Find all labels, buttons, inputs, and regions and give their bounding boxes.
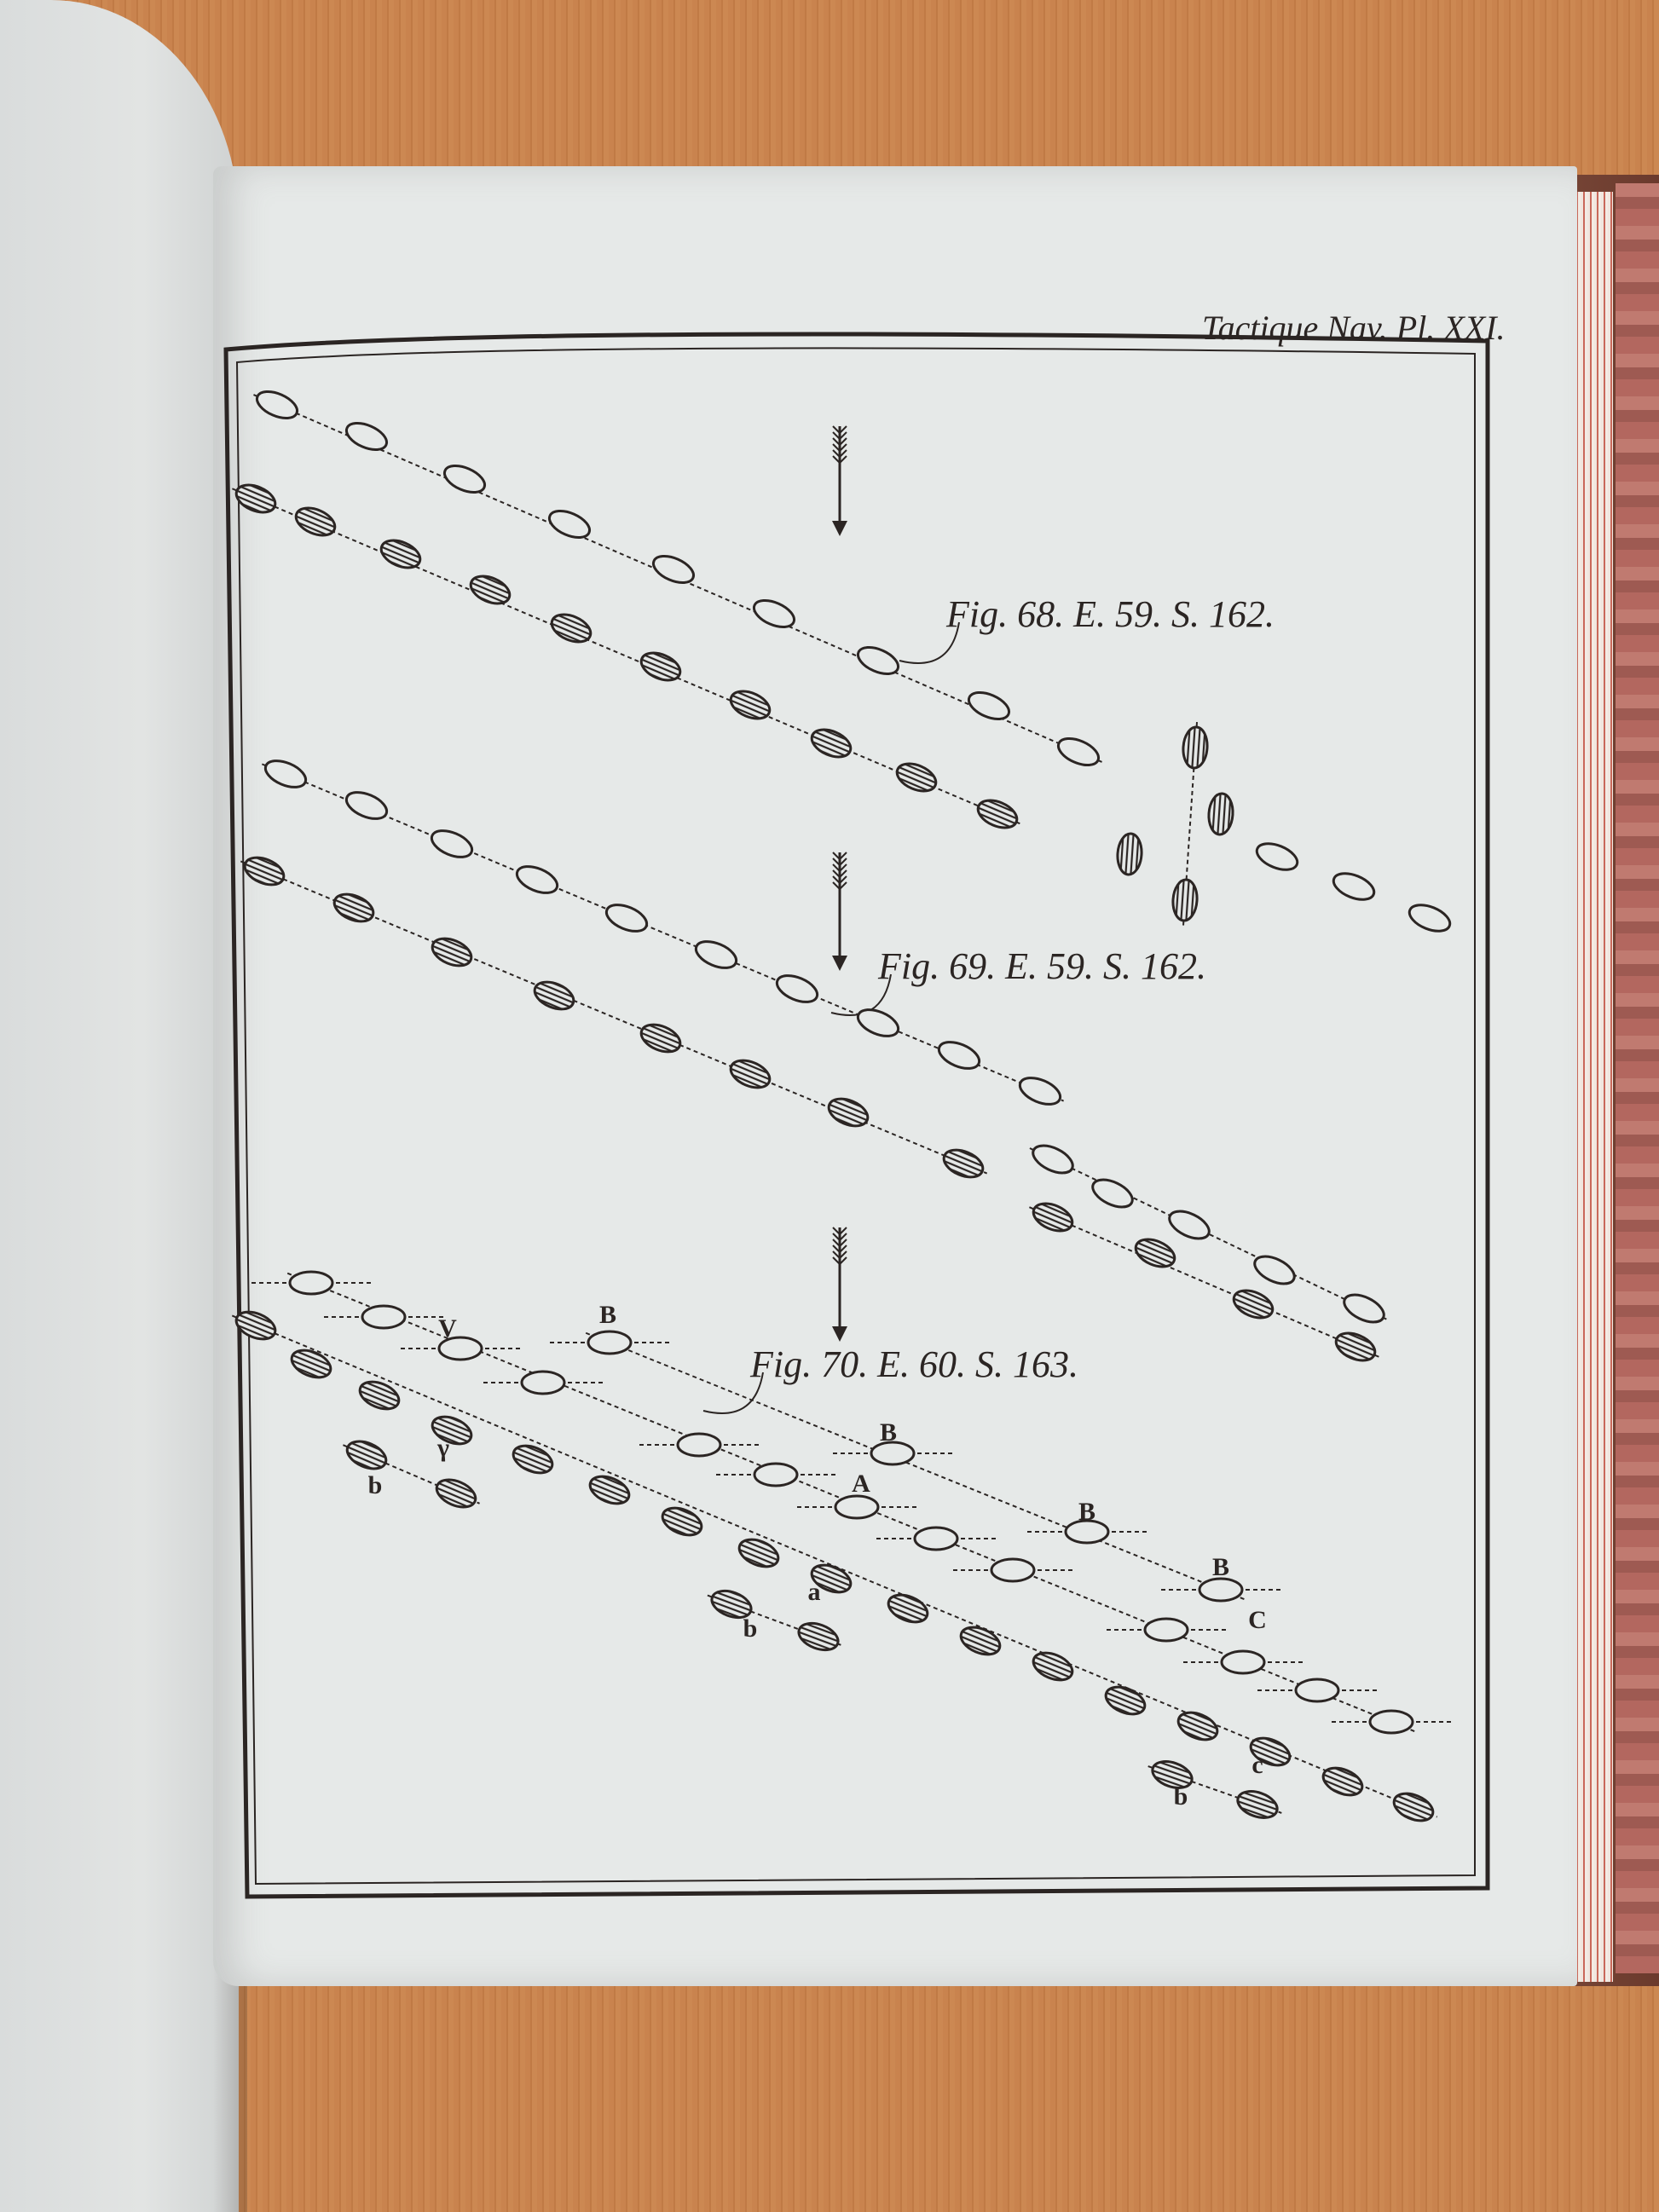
ship-line-hatched bbox=[232, 480, 1020, 834]
friendly-ship-icon bbox=[1253, 839, 1301, 875]
ship-line-open bbox=[253, 386, 1102, 771]
figure-caption: Fig. 70. E. 60. S. 163. bbox=[749, 1343, 1078, 1385]
enemy-ship-icon bbox=[637, 648, 684, 686]
friendly-ship-icon bbox=[678, 1434, 720, 1456]
friendly-ship-icon bbox=[991, 1559, 1034, 1581]
friendly-ship-icon bbox=[441, 460, 488, 498]
enemy-ship-icon bbox=[1149, 1757, 1196, 1793]
enemy-ship-icon bbox=[795, 1619, 842, 1655]
position-label: B bbox=[1078, 1498, 1095, 1526]
enemy-ship-icon bbox=[735, 1534, 782, 1572]
friendly-ship-icon bbox=[1055, 733, 1102, 771]
enemy-ship-icon bbox=[1182, 726, 1208, 769]
enemy-ship-icon bbox=[1390, 1788, 1436, 1826]
friendly-ship-icon bbox=[513, 861, 561, 898]
friendly-ship-icon bbox=[428, 825, 476, 862]
enemy-ship-icon bbox=[824, 1094, 871, 1131]
position-label: B bbox=[599, 1301, 616, 1329]
position-label: B bbox=[880, 1418, 897, 1447]
ship-line-hatched bbox=[1116, 722, 1234, 926]
enemy-ship-icon bbox=[726, 1055, 773, 1093]
enemy-ship-icon bbox=[939, 1145, 986, 1182]
ship-line-open bbox=[262, 755, 1064, 1109]
friendly-ship-icon bbox=[935, 1037, 983, 1073]
enemy-ship-icon bbox=[1101, 1682, 1148, 1719]
figures-layer: Fig. 68. E. 59. S. 162.Fig. 69. E. 59. S… bbox=[232, 386, 1454, 1826]
position-label: V bbox=[438, 1314, 457, 1343]
enemy-ship-icon bbox=[658, 1503, 705, 1540]
enemy-ship-icon bbox=[1207, 793, 1234, 835]
enemy-ship-icon bbox=[957, 1622, 1003, 1660]
enemy-ship-icon bbox=[1229, 1285, 1276, 1324]
enemy-ship-icon bbox=[330, 889, 377, 927]
position-label: c bbox=[1251, 1751, 1263, 1779]
enemy-ship-icon bbox=[1171, 879, 1198, 921]
figure-caption: Fig. 68. E. 59. S. 162. bbox=[945, 593, 1275, 635]
enemy-ship-icon bbox=[586, 1471, 633, 1509]
friendly-ship-icon bbox=[1330, 869, 1378, 905]
friendly-ship-icon bbox=[1145, 1619, 1188, 1641]
enemy-ship-icon bbox=[1029, 1648, 1076, 1685]
friendly-ship-icon bbox=[362, 1306, 405, 1328]
friendly-ship-icon bbox=[915, 1528, 957, 1550]
enemy-ship-icon bbox=[974, 795, 1020, 834]
friendly-ship-icon bbox=[588, 1331, 631, 1354]
enemy-ship-icon bbox=[1029, 1198, 1076, 1237]
ship-line-hatched bbox=[708, 1586, 842, 1655]
enemy-ship-icon bbox=[343, 1436, 390, 1475]
friendly-ship-icon bbox=[773, 970, 821, 1007]
enemy-ship-icon bbox=[466, 571, 513, 609]
friendly-ship-icon bbox=[253, 386, 301, 424]
arrow-head-icon bbox=[832, 956, 847, 971]
friendly-ship-icon bbox=[343, 787, 390, 823]
position-label: b bbox=[743, 1614, 758, 1643]
enemy-ship-icon bbox=[428, 1412, 475, 1449]
enemy-ship-icon bbox=[726, 686, 773, 725]
friendly-ship-icon bbox=[546, 505, 593, 543]
ship-line-open-unlinked bbox=[1253, 839, 1454, 937]
enemy-ship-icon bbox=[637, 1019, 684, 1057]
enemy-ship-icon bbox=[287, 1345, 334, 1383]
enemy-ship-icon bbox=[428, 933, 475, 971]
enemy-ship-icon bbox=[1116, 833, 1142, 875]
enemy-ship-icon bbox=[884, 1590, 931, 1627]
ship-line-open-crossed bbox=[251, 1272, 1451, 1733]
friendly-ship-icon bbox=[1016, 1072, 1064, 1109]
friendly-ship-icon bbox=[603, 899, 650, 936]
friendly-ship-icon bbox=[754, 1464, 797, 1486]
friendly-ship-icon bbox=[1406, 900, 1454, 937]
arrow-head-icon bbox=[832, 1326, 847, 1342]
friendly-ship-icon bbox=[965, 687, 1013, 725]
enemy-ship-icon bbox=[1174, 1707, 1221, 1745]
enemy-ship-icon bbox=[1234, 1787, 1281, 1822]
position-label: B bbox=[1212, 1553, 1229, 1581]
friendly-ship-icon bbox=[1340, 1289, 1388, 1327]
friendly-ship-icon bbox=[1165, 1205, 1213, 1244]
position-label: a bbox=[808, 1578, 821, 1606]
friendly-ship-icon bbox=[522, 1372, 564, 1394]
friendly-ship-icon bbox=[1251, 1250, 1298, 1289]
friendly-ship-icon bbox=[1296, 1679, 1338, 1701]
enemy-ship-icon bbox=[1332, 1328, 1379, 1366]
friendly-ship-icon bbox=[1222, 1651, 1264, 1673]
friendly-ship-icon bbox=[835, 1496, 878, 1518]
arrow-head-icon bbox=[832, 521, 847, 536]
friendly-ship-icon bbox=[854, 1004, 902, 1041]
enemy-ship-icon bbox=[509, 1441, 556, 1478]
friendly-ship-icon bbox=[290, 1272, 332, 1294]
friendly-ship-icon bbox=[262, 755, 309, 792]
friendly-ship-icon bbox=[854, 642, 902, 679]
enemy-ship-icon bbox=[530, 977, 577, 1014]
enemy-ship-icon bbox=[807, 725, 854, 763]
figure-caption: Fig. 69. E. 59. S. 162. bbox=[877, 945, 1206, 987]
position-label: γ bbox=[436, 1434, 449, 1462]
enemy-ship-icon bbox=[547, 609, 594, 648]
friendly-ship-icon bbox=[692, 936, 740, 973]
enemy-ship-icon bbox=[432, 1475, 479, 1513]
position-label: C bbox=[1248, 1606, 1267, 1634]
position-label: A bbox=[852, 1470, 870, 1498]
position-label: b bbox=[1174, 1782, 1188, 1811]
enemy-ship-icon bbox=[1319, 1763, 1366, 1800]
friendly-ship-icon bbox=[1199, 1579, 1242, 1601]
enemy-ship-icon bbox=[355, 1377, 402, 1414]
naval-tactics-plate: Tactique Nav. Pl. XXI. Fig. 68. E. 59. S… bbox=[0, 0, 1659, 2212]
enemy-ship-icon bbox=[1131, 1234, 1178, 1273]
position-label: b bbox=[368, 1471, 383, 1499]
fig69-figure: Fig. 69. E. 59. S. 162. bbox=[240, 755, 1388, 1366]
ship-line-hatched bbox=[343, 1436, 479, 1513]
friendly-ship-icon bbox=[1029, 1140, 1077, 1178]
fig68-figure: Fig. 68. E. 59. S. 162. bbox=[232, 386, 1454, 936]
enemy-ship-icon bbox=[240, 852, 287, 890]
friendly-ship-icon bbox=[1370, 1711, 1413, 1733]
enemy-ship-icon bbox=[292, 503, 338, 541]
ship-line-open bbox=[1029, 1140, 1388, 1327]
friendly-ship-icon bbox=[650, 551, 697, 588]
friendly-ship-icon bbox=[343, 418, 390, 455]
enemy-ship-icon bbox=[893, 759, 939, 797]
